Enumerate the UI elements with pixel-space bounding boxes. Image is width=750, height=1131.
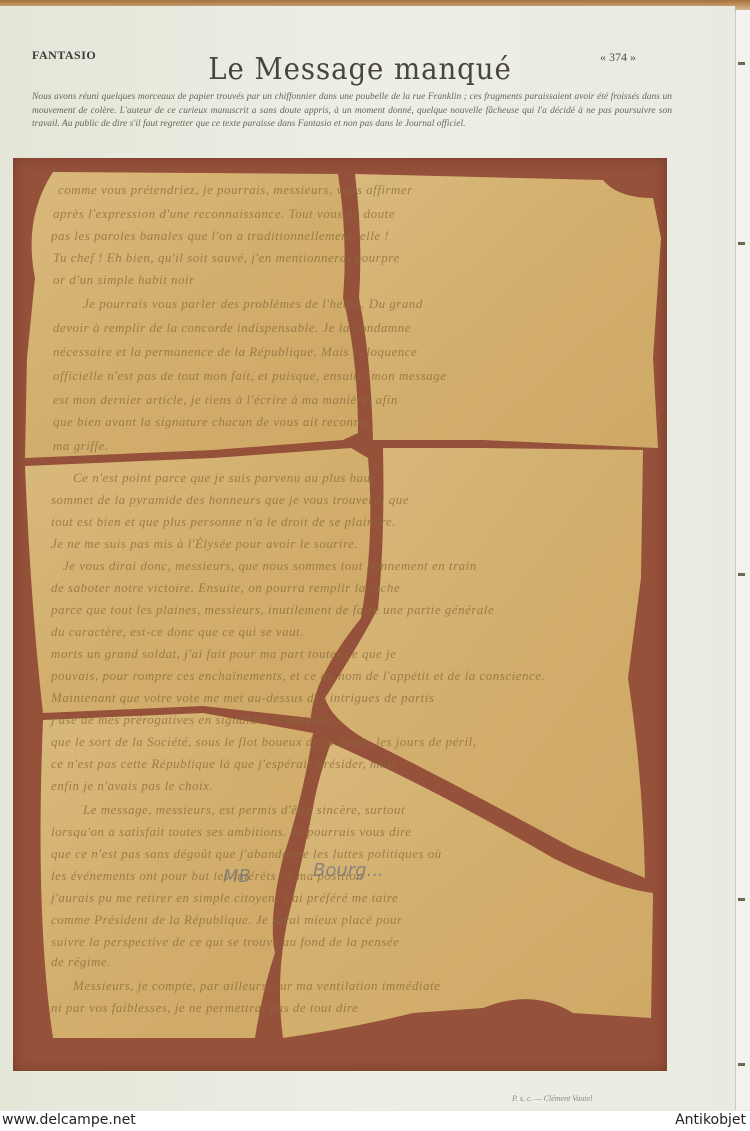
letter-line: j'use de mes prérogatives en signalant l… (51, 712, 337, 728)
letter-line: Maintenant que votre vote me met au-dess… (51, 690, 434, 706)
letter-line: Messieurs, je compte, par ailleurs, sur … (73, 978, 440, 994)
binding-mark (738, 573, 745, 576)
letter-line: enfin je n'avais pas le choix. (51, 778, 213, 794)
letter-line: ni par vos faiblesses, je ne permettrai … (51, 1000, 358, 1016)
page-number: « 374 » (600, 50, 636, 65)
letter-line: de saboter notre victoire. Ensuite, on p… (51, 580, 400, 596)
watermark-site: www.delcampe.net (2, 1112, 136, 1128)
illustration-credit: P. s. c. — Clément Vautel (512, 1094, 592, 1103)
letter-line: ce n'est pas cette République là que j'e… (51, 756, 397, 772)
letter-line: après l'expression d'une reconnaissance.… (53, 206, 395, 222)
letter-line: lorsqu'on a satisfait toutes ses ambitio… (51, 824, 412, 840)
letter-line: de régime. (51, 954, 111, 970)
letter-line: devoir à remplir de la concorde indispen… (53, 320, 411, 336)
letter-line: est mon dernier article, je tiens à l'éc… (53, 392, 398, 408)
letter-line: nécessaire et la permanence de la Républ… (53, 344, 417, 360)
letter-line: Ce n'est point parce que je suis parvenu… (73, 470, 375, 486)
letter-line: parce que tout les plaines, messieurs, i… (51, 602, 494, 618)
letter-line: du caractère, est-ce donc que ce qui se … (51, 624, 304, 640)
letter-line: morts un grand soldat, j'ai fait pour ma… (51, 646, 396, 662)
letter-line: que bien avant la signature chacun de vo… (53, 414, 368, 430)
letter-line: ma griffe. (53, 438, 109, 454)
page-title: Le Message manqué (29, 52, 691, 87)
letter-line: sommet de la pyramide des honneurs que j… (51, 492, 409, 508)
letter-line: pouvais, pour rompre ces enchaînements, … (51, 668, 545, 684)
letter-illustration: comme vous prétendriez, je pourrais, mes… (13, 158, 667, 1071)
watermark-seller: Antikobjet (675, 1112, 746, 1128)
letter-line: comme vous prétendriez, je pourrais, mes… (58, 182, 413, 198)
letter-line: Tu chef ! Eh bien, qu'il soit sauvé, j'e… (53, 250, 400, 266)
letter-line: que le sort de la Société, sous le flot … (51, 734, 476, 750)
binding-mark (738, 1063, 745, 1066)
intro-paragraph: Nous avons réuni quelques morceaux de pa… (32, 91, 672, 132)
watermark-bar: www.delcampe.net Antikobjet (0, 1111, 750, 1131)
letter-line: officielle n'est pas de tout mon fait, e… (53, 368, 447, 384)
page-edge (735, 10, 750, 1110)
letter-line: comme Président de la République. Je ser… (51, 912, 403, 928)
letter-line: Le message, messieurs, est permis d'être… (83, 802, 405, 818)
letter-line: Je ne me suis pas mis à l'Élysée pour av… (51, 536, 358, 552)
signature-initials: MB (223, 866, 251, 887)
letter-line: or d'un simple habit noir (53, 272, 195, 288)
letter-line: j'aurais pu me retirer en simple citoyen… (51, 890, 398, 906)
letter-line: suivre la perspective de ce qui se trouv… (51, 934, 399, 950)
binding-mark (738, 898, 745, 901)
signature: Bourg... (313, 860, 384, 881)
binding-mark (738, 62, 745, 65)
letter-line: pas les paroles banales que l'on a tradi… (51, 228, 389, 244)
letter-line: Je pourrais vous parler des problèmes de… (83, 296, 423, 312)
letter-line: Je vous dirai donc, messieurs, que nous … (63, 558, 477, 574)
letter-line: tout est bien et que plus personne n'a l… (51, 514, 396, 530)
binding-mark (738, 242, 745, 245)
